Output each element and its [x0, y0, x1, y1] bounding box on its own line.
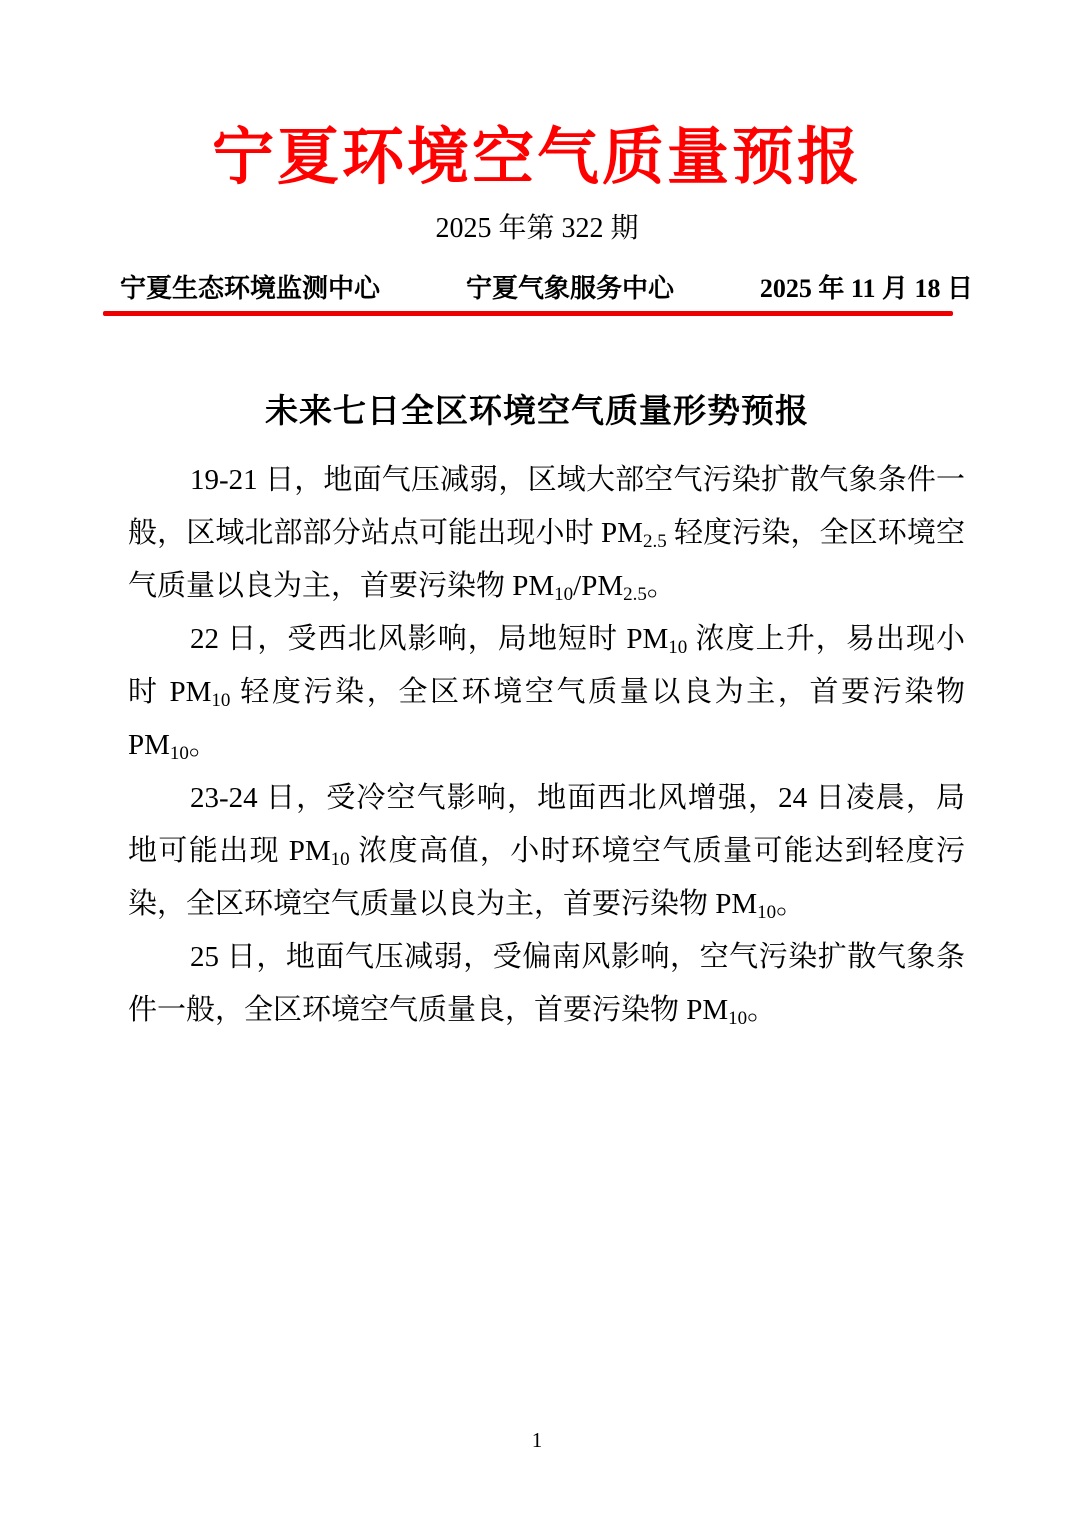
- forecast-paragraph: 22 日，受西北风影响，局地短时 PM10 浓度上升，易出现小时 PM10 轻度…: [128, 613, 965, 772]
- org-meteorological-center: 宁夏气象服务中心: [466, 274, 674, 304]
- forecast-paragraph: 25 日，地面气压减弱，受偏南风影响，空气污染扩散气象条件一般，全区环境空气质量…: [128, 931, 965, 1037]
- issue-date: 2025 年 11 月 18 日: [760, 274, 973, 304]
- forecast-paragraph: 19-21 日，地面气压减弱，区域大部空气污染扩散气象条件一般，区域北部部分站点…: [128, 454, 965, 613]
- section-title: 未来七日全区环境空气质量形势预报: [0, 390, 1074, 432]
- masthead-rule: [103, 311, 953, 316]
- org-monitoring-center: 宁夏生态环境监测中心: [120, 274, 380, 304]
- body-paragraphs: 19-21 日，地面气压减弱，区域大部空气污染扩散气象条件一般，区域北部部分站点…: [128, 454, 965, 1037]
- issue-number: 2025 年第 322 期: [0, 212, 1074, 246]
- document-page: 宁夏环境空气质量预报 2025 年第 322 期 宁夏生态环境监测中心 宁夏气象…: [0, 0, 1074, 1520]
- forecast-paragraph: 23-24 日，受冷空气影响，地面西北风增强，24 日凌晨，局地可能出现 PM1…: [128, 772, 965, 931]
- page-number: 1: [0, 1428, 1074, 1453]
- document-title: 宁夏环境空气质量预报: [0, 0, 1074, 198]
- masthead-row: 宁夏生态环境监测中心 宁夏气象服务中心 2025 年 11 月 18 日: [120, 274, 973, 304]
